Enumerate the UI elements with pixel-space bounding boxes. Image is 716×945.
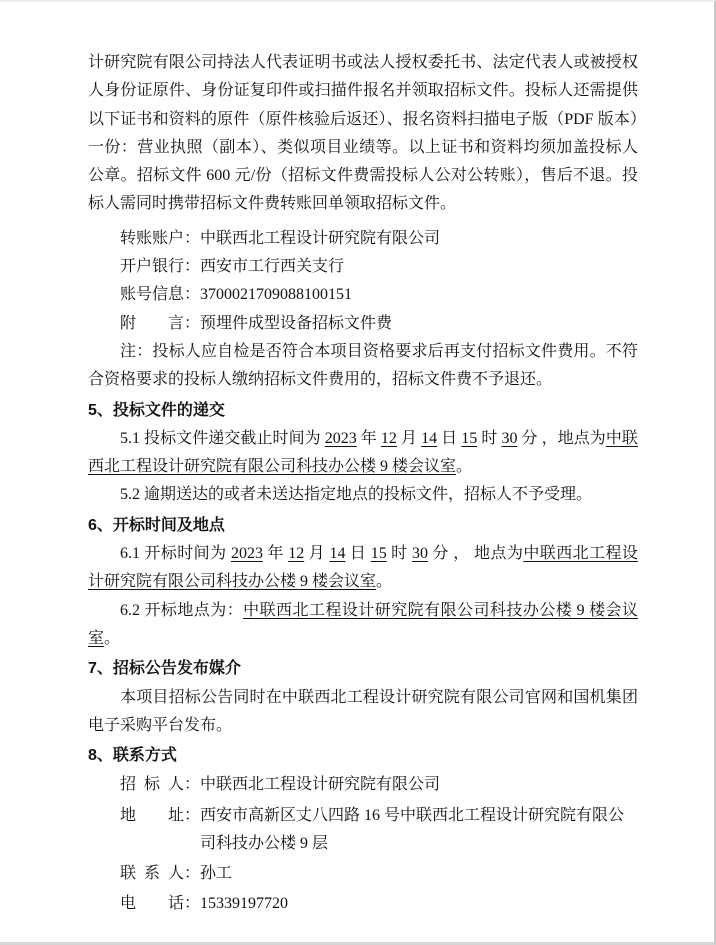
contact-person-label: 联 系 人： [120, 860, 200, 888]
clause-5-1: 5.1 投标文件递交截止时间为 2023 年 12 月 14 日 15 时 30… [88, 425, 638, 482]
tenderer-value: 中联西北工程设计研究院有限公司 [200, 771, 638, 799]
address-label: 地 址： [120, 802, 200, 859]
phone-value: 15339197720 [200, 890, 638, 918]
bank-transfer-block: 转账账户：中联西北工程设计研究院有限公司 开户银行：西安市工行西关支行 账号信息… [88, 225, 638, 338]
address-row: 地 址： 西安市高新区丈八四路 16 号中联西北工程设计研究院有限公司科技办公楼… [120, 802, 638, 859]
note-paragraph: 注：投标人应自检是否符合本项目资格要求后再支付招标文件费用。不符合资格要求的投标… [88, 338, 638, 395]
clause-6-1: 6.1 开标时间为 2023 年 12 月 14 日 15 时 30 分 ， 地… [88, 540, 638, 597]
contact-person-row: 联 系 人： 孙工 [120, 860, 638, 888]
phone-row: 电 话： 15339197720 [120, 890, 638, 918]
phone-label: 电 话： [120, 890, 200, 918]
clause-5-2: 5.2 逾期送达的或者未送达指定地点的投标文件，招标人不予受理。 [88, 481, 638, 509]
account-number-line: 账号信息：3700021709088100151 [88, 281, 638, 309]
clause-6-2: 6.2 开标地点为：中联西北工程设计研究院有限公司科技办公楼 9 楼会议室。 [88, 597, 638, 654]
bank-name-line: 开户银行：西安市工行西关支行 [88, 253, 638, 281]
tenderer-row: 招 标 人： 中联西北工程设计研究院有限公司 [120, 771, 638, 799]
section-7-body: 本项目招标公告同时在中联西北工程设计研究院有限公司官网和国机集团电子采购平台发布… [88, 684, 638, 741]
memo-line: 附 言：预埋件成型设备招标文件费 [88, 310, 638, 338]
tenderer-label: 招 标 人： [120, 771, 200, 799]
document-page: 计研究院有限公司持法人代表证明书或法人授权委托书、法定代表人或被授权人身份证原件… [0, 0, 716, 945]
continuation-paragraph: 计研究院有限公司持法人代表证明书或法人授权委托书、法定代表人或被授权人身份证原件… [88, 49, 638, 219]
section-7-heading: 7、招标公告发布媒介 [88, 655, 638, 683]
section-5-heading: 5、投标文件的递交 [88, 397, 638, 425]
address-value: 西安市高新区丈八四路 16 号中联西北工程设计研究院有限公司科技办公楼 9 层 [200, 802, 638, 859]
section-6-heading: 6、开标时间及地点 [88, 512, 638, 540]
transfer-account-line: 转账账户：中联西北工程设计研究院有限公司 [88, 225, 638, 253]
section-8-heading: 8、联系方式 [88, 742, 638, 770]
contact-person-value: 孙工 [200, 860, 638, 888]
document-body: 计研究院有限公司持法人代表证明书或法人授权委托书、法定代表人或被授权人身份证原件… [88, 49, 638, 918]
